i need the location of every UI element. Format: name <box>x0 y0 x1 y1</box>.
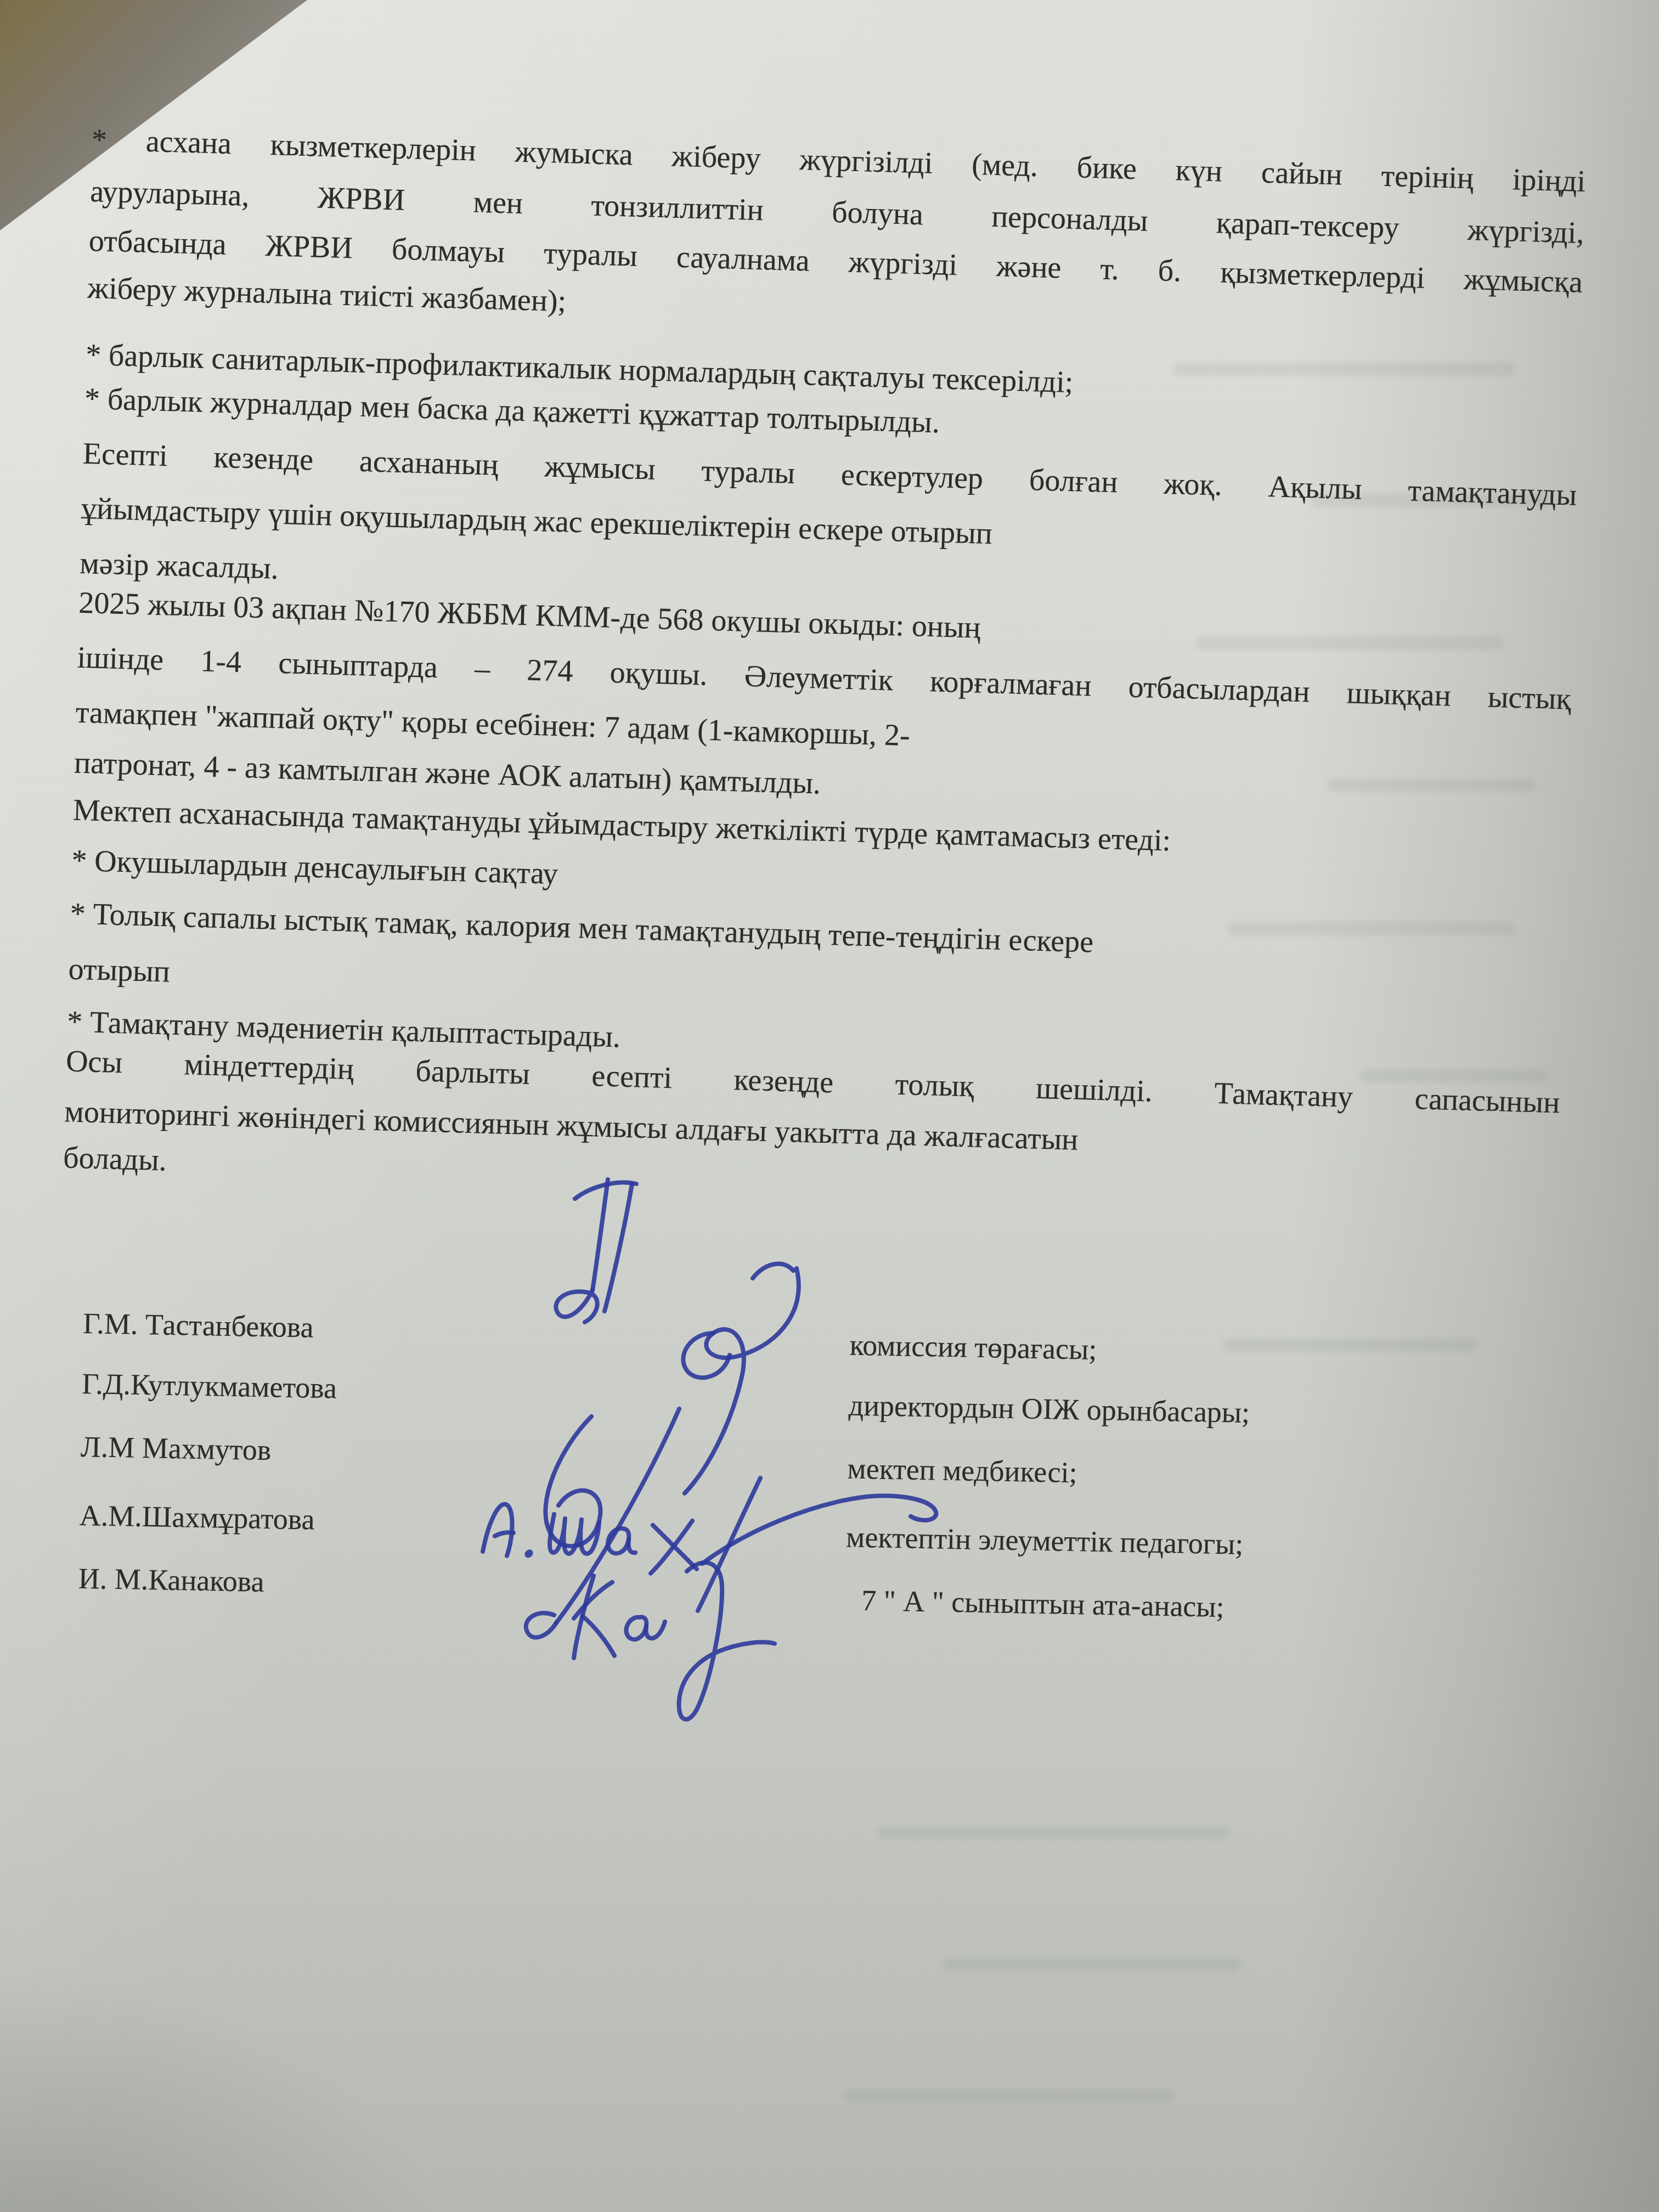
doc-line: * Окушылардын денсаулығын сақтау <box>71 842 558 893</box>
signatory-name: Л.М Махмутов <box>81 1429 272 1468</box>
signatory-role: директордын ОІЖ орынбасары; <box>848 1388 1250 1431</box>
doc-line: болады. <box>63 1139 167 1179</box>
doc-line: отырып <box>68 951 171 990</box>
doc-line: тамақпен "жаппай оқту" қоры есебінен: 7 … <box>75 695 911 755</box>
signatory-role: мектептін элеуметтік педагогы; <box>846 1520 1244 1562</box>
bleed-through-text <box>878 1827 1229 1839</box>
signatory-name: Г.М. Тастанбекова <box>83 1306 314 1345</box>
doc-line: жіберу журналына тиісті жазбамен); <box>87 270 567 320</box>
report-text-block: * асхана кызметкерлерін жумыска жіберу ж… <box>61 122 1586 1260</box>
doc-line: 2025 жылы 03 ақпан №170 ЖББМ КММ-де 568 … <box>78 585 981 647</box>
signatory-name: Г.Д.Кутлукмаметова <box>82 1366 337 1406</box>
doc-line: патронат, 4 - аз камтылган және АОК алат… <box>74 745 821 803</box>
signatory-role: комиссия төрағасы; <box>849 1328 1097 1368</box>
bleed-through-text <box>944 1959 1240 1971</box>
doc-line: * Толық сапалы ыстық тамақ, калория мен … <box>70 895 1094 961</box>
signature-block: Г.М. Тастанбекова комиссия төрағасы; Г.Д… <box>76 1301 1597 1713</box>
signatory-name: И. М.Канакова <box>78 1561 264 1600</box>
signatory-role: мектеп медбикесі; <box>847 1451 1077 1491</box>
doc-line: мәзір жасалды. <box>80 545 279 588</box>
signatory-name: А.М.Шахмұратова <box>79 1498 315 1538</box>
signatory-role: 7 " А " сыныптын ата-анасы; <box>861 1583 1225 1625</box>
bleed-through-text <box>845 2090 1174 2102</box>
doc-line: ұйымдастыру үшін оқушылардың жас ерекшел… <box>81 490 992 553</box>
